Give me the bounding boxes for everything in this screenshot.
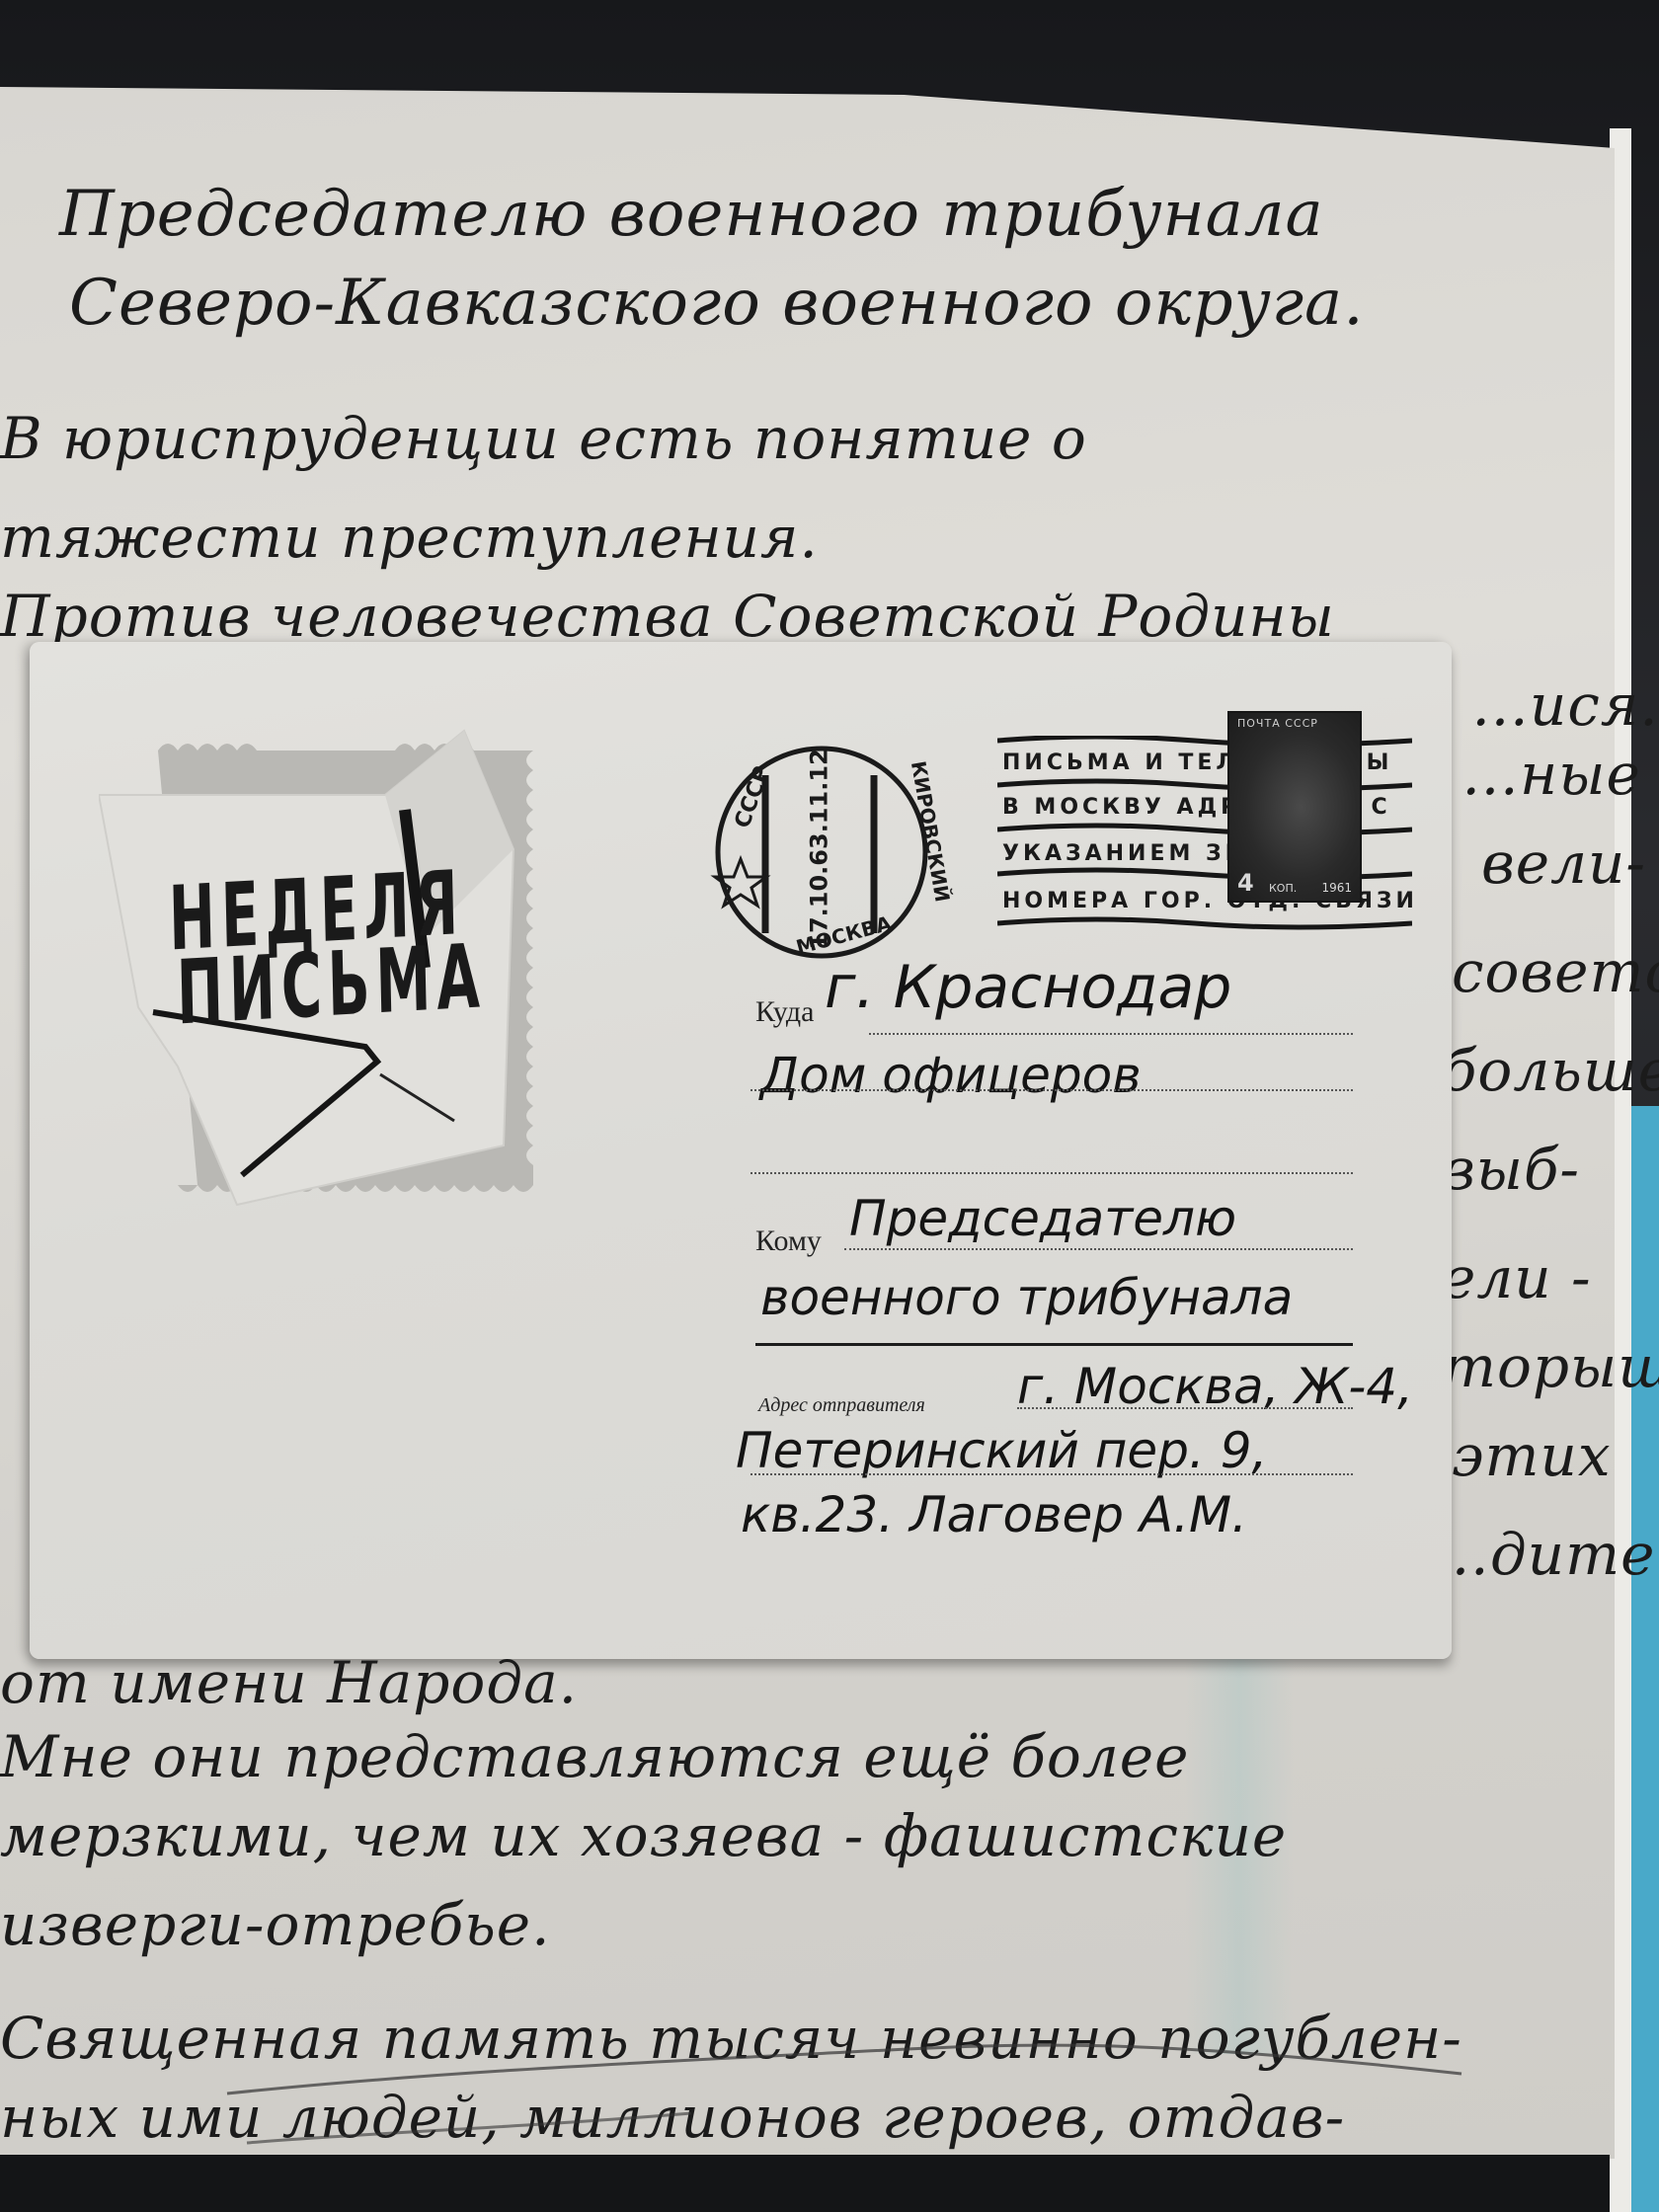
stamp-top-text: ПОЧТА СССР	[1237, 717, 1318, 730]
to-whom-line-2: военного трибунала	[760, 1269, 1293, 1326]
postmark-date: 17.10.63.11.12	[806, 749, 833, 949]
to-where-line-1: г. Краснодар	[825, 953, 1231, 1022]
sender-line-3: кв.23. Лаговер А.М.	[741, 1486, 1247, 1543]
margin-fragment: торыщ-	[1442, 1333, 1659, 1400]
to-where-line-2: Дом офицеров	[760, 1047, 1142, 1104]
address-dotted-line	[844, 1248, 1353, 1250]
sender-line-2: Петеринский пер. 9,	[736, 1422, 1267, 1479]
letter-body-line: изверги-отребье.	[0, 1891, 551, 1958]
margin-fragment: …ися.	[1471, 671, 1659, 739]
underline-scribble	[217, 2034, 1501, 2153]
stamp-year: 1961	[1321, 881, 1352, 895]
address-dotted-line	[750, 1172, 1353, 1174]
letter-heading-line-1: Председателю военного трибунала	[59, 178, 1324, 251]
letter-body-line: В юриспруденции есть понятие о	[0, 405, 1087, 472]
address-dotted-line	[1017, 1407, 1353, 1409]
address-dotted-line	[750, 1473, 1353, 1475]
stamp-unit: КОП.	[1269, 882, 1297, 895]
margin-fragment: …дите	[1432, 1521, 1655, 1588]
postage-stamp: ПОЧТА СССР 4 КОП. 1961	[1227, 711, 1362, 903]
margin-fragment: …ные	[1461, 741, 1641, 808]
margin-fragment: этих	[1452, 1422, 1612, 1489]
dark-background-bottom	[0, 2155, 1610, 2212]
margin-fragment: выб-	[1442, 1136, 1580, 1203]
margin-fragment: ели -	[1442, 1244, 1592, 1311]
stamp-value: 4	[1237, 869, 1254, 897]
letter-body-line: мерзкими, чем их хозяева - фашистские	[0, 1802, 1287, 1869]
sender-label: Адрес отправителя	[758, 1394, 925, 1417]
address-dotted-line	[869, 1033, 1353, 1035]
art-title-line-2: ПИСЬМА	[176, 926, 487, 1046]
margin-fragment: вели-	[1481, 829, 1646, 897]
letter-body-line: тяжести преступления.	[0, 504, 819, 571]
margin-fragment: больше	[1442, 1037, 1659, 1104]
letter-heading-line-2: Северо-Кавказского военного округа.	[69, 267, 1365, 340]
address-divider	[755, 1343, 1353, 1346]
letter-body-line: Мне они представляются ещё более	[0, 1723, 1189, 1790]
address-dotted-line	[750, 1089, 1353, 1091]
to-where-label: Куда	[755, 995, 814, 1029]
margin-fragment: советс-	[1452, 938, 1659, 1005]
to-whom-line-1: Председателю	[849, 1190, 1236, 1247]
letter-body-line: Против человечества Советской Родины	[0, 583, 1335, 650]
letter-body-line: от имени Народа.	[0, 1649, 578, 1716]
photograph: Председателю военного трибунала Северо-К…	[0, 0, 1659, 2212]
to-whom-label: Кому	[755, 1224, 822, 1258]
